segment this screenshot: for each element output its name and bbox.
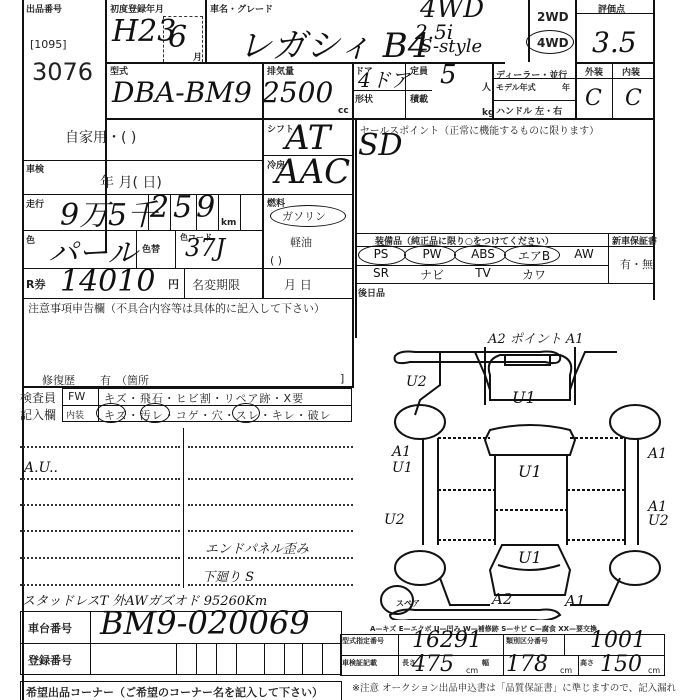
equipment-row2: SR ナビ TV カワ: [356, 265, 608, 282]
name-divider: [205, 0, 207, 62]
reg-div4: [236, 644, 237, 675]
width-value: 178: [506, 652, 548, 677]
name-change-label: 名変期限: [192, 276, 240, 293]
mile-box5: [240, 194, 241, 230]
notes-label: 注意事項申告欄（不具合内容等は具体的に記入して下さい）: [28, 300, 325, 316]
sales-left: [355, 118, 357, 338]
remarks-line-3l: [20, 504, 180, 506]
recycle-label: R券: [26, 276, 45, 292]
lot-number: 3076: [32, 58, 93, 86]
recycle-unit: 円: [168, 276, 179, 292]
lot-label: 出品番号: [26, 2, 62, 15]
score-divider: [575, 0, 577, 118]
circle-yogore: [140, 403, 170, 423]
color-code: 37J: [185, 234, 225, 262]
reg-div2: [196, 644, 197, 675]
chassis-label: 車台番号: [28, 620, 72, 636]
rear-left-wheel: [395, 551, 445, 585]
chassis-mid: [20, 643, 342, 644]
mile-box2: [170, 194, 171, 230]
reg-div1: [176, 644, 177, 675]
reg-label: 登録番号: [28, 652, 72, 668]
displacement-unit: cc: [338, 106, 349, 116]
mark-rear-bumper-right: A1: [565, 592, 585, 610]
load-label: 積載: [410, 92, 428, 105]
interior-insp-label: 内装: [66, 408, 84, 421]
color-label: 色: [26, 233, 35, 246]
color-divider2: [175, 230, 176, 268]
notes-right: [352, 298, 354, 388]
sales-point-value: SD: [358, 128, 403, 163]
front-left-wheel: [395, 405, 445, 439]
windshield-shape: [485, 425, 575, 455]
equip-bottom: [355, 283, 655, 284]
score-bottom-line: [575, 62, 655, 64]
length-value: 475: [412, 652, 454, 677]
circle-sure: [232, 403, 260, 423]
capacity-value: 5: [440, 60, 457, 90]
remarks-line-6l: [20, 584, 180, 586]
class-value: 1001: [590, 628, 646, 653]
grade-line3: S-style: [420, 36, 482, 57]
specs-right-divider: [352, 118, 354, 298]
height-value: 150: [600, 652, 642, 677]
equip-leather: カワ: [508, 266, 560, 282]
fw-items: キズ・飛石・ヒビ割・リペア跡・X要: [104, 390, 304, 406]
fw-label: FW: [68, 390, 85, 403]
usage-value: 自家用・( ): [65, 127, 136, 147]
fuel-gasoline: ガソリン: [282, 208, 326, 224]
reg-div3: [216, 644, 217, 675]
reg-div5: [264, 644, 265, 675]
damage-legend: A—キズ E—エクボ U—凹み W—補修跡 S—サビ C—腐食 XX—要交換: [370, 624, 597, 634]
inspector-label1: 検査員: [20, 389, 56, 406]
equip-empty: [560, 266, 608, 282]
inspection-label: 車検: [26, 162, 44, 175]
remarks-line-5l: [20, 557, 180, 559]
height-label: 高さ: [580, 658, 594, 668]
circle-ps: [358, 245, 406, 265]
recycle-amount: 14010: [60, 264, 155, 299]
repair-close: ]: [340, 372, 344, 385]
capacity-divider: [405, 62, 406, 118]
mileage-rest: 259: [150, 190, 219, 225]
mark-right-front-door: A1: [648, 446, 667, 462]
ext-int-divider: [612, 62, 613, 118]
equip-sr: SR: [356, 266, 406, 282]
mark-front-left: U2: [406, 374, 427, 390]
mile-box4: [218, 194, 219, 230]
fuel-diesel: 軽油: [290, 234, 312, 250]
specs-row-line: [105, 118, 655, 120]
remarks-line-5r: [188, 557, 353, 559]
circle-airbag: [504, 245, 560, 265]
interior-label: 内装: [622, 65, 640, 78]
circle-kizu: [96, 403, 126, 423]
chassis-value: BM9-020069: [100, 604, 310, 642]
fuel-other: ( ): [270, 254, 282, 267]
month-unit: 月: [193, 50, 202, 63]
remarks-line-1l: [20, 446, 180, 448]
warranty-value: 有・無: [620, 256, 653, 272]
chassis-div: [90, 611, 91, 675]
color-divider1: [136, 230, 137, 268]
interior-grade: C: [625, 86, 642, 111]
first-reg-year: H23: [112, 14, 176, 49]
spec-div1: [398, 634, 399, 676]
inspection-value: 年 月( 日): [100, 172, 162, 192]
corner-label: 希望出品コーナー（ご希望のコーナー名を記入して下さい）: [26, 684, 323, 700]
remarks-line-2r: [188, 478, 353, 480]
remarks-right-4: エンドパネル歪み: [205, 538, 309, 557]
name-change-value: 月 日: [284, 276, 312, 293]
capacity-label: 定員: [410, 64, 428, 77]
doors-value: 4ドア: [358, 64, 410, 93]
model-year-unit: 年: [562, 82, 570, 93]
reg-div8: [322, 644, 323, 675]
height-unit: cm: [648, 666, 660, 675]
width-label: 幅: [482, 658, 489, 668]
reg-div6: [284, 644, 285, 675]
mark-left-rear: U2: [384, 512, 405, 528]
notice-text: ※注意 オークション出品申込書は「品質保証書」に準じますので、記入漏れ: [352, 680, 676, 694]
shape-label: 形状: [355, 92, 373, 105]
mileage-label: 走行: [26, 197, 44, 210]
equip-navi: ナビ: [406, 266, 458, 282]
door-shape-line: [352, 90, 432, 91]
spec-div3: [578, 655, 579, 676]
mark-rear-bumper-left: A2: [492, 590, 512, 608]
car-name: レガシィ B4: [238, 18, 429, 67]
size-label: 車検証記載: [342, 658, 377, 668]
rear-right-wheel: [610, 551, 660, 585]
inspector-label2: 記入欄: [20, 406, 56, 423]
displacement: 2500: [262, 76, 333, 109]
ac-value: AAC: [275, 152, 350, 192]
right-border: [653, 0, 655, 300]
spare-label: スペア: [396, 598, 420, 609]
mark-left-front-door2: U1: [392, 460, 413, 476]
remarks-line-2l: [20, 478, 180, 480]
drive-selected-circle: [526, 30, 574, 54]
class-label: 類別区分番号: [506, 636, 548, 646]
model-year-label: モデル年式: [496, 82, 536, 93]
width-unit: cm: [560, 666, 572, 675]
diagram-front-bumper-mark: A2 ポイント A1: [488, 328, 584, 347]
handle-line: [492, 100, 575, 101]
capacity-unit: 人: [482, 80, 491, 93]
interior-items: キズ・汚レ・コゲ・穴・スレ・キレ・破レ: [104, 407, 332, 423]
mileage-unit: km: [221, 218, 236, 228]
remarks-right-5: 下廻り S: [202, 566, 254, 585]
equip-aw: AW: [560, 247, 608, 264]
ac-line: [262, 194, 352, 195]
score-label-line: [575, 13, 655, 14]
ext-int-line: [575, 78, 655, 79]
mile-box1: [148, 194, 149, 230]
specs-mid-divider: [262, 118, 264, 298]
length-unit: cm: [466, 666, 478, 675]
exterior-label: 外装: [585, 65, 603, 78]
drive-divider: [528, 0, 530, 62]
remarks-line-4l: [20, 530, 180, 532]
type-label: 型式指定番号: [342, 636, 384, 646]
remarks-left-1: A.U..: [24, 460, 58, 476]
mark-left-front-door: A1: [392, 444, 411, 460]
remarks-divider: [183, 428, 184, 588]
drive-2wd: 2WD: [537, 10, 569, 24]
circle-pw: [404, 245, 456, 265]
equip-tv: TV: [458, 266, 508, 282]
mark-right-rear: A1 U2: [648, 500, 678, 528]
remarks-line-3r: [188, 504, 353, 506]
spec-div2: [503, 634, 504, 676]
color-change-label: 色替: [142, 242, 160, 255]
dealer-line: [492, 78, 575, 79]
first-reg-month: 6: [168, 20, 187, 55]
remarks-line-4r: [188, 530, 353, 532]
aftermarket-label: 後日品: [358, 286, 385, 299]
score-value: 3.5: [592, 26, 637, 59]
recycle-line: [22, 298, 352, 299]
dealer-label: ディーラー・並行: [496, 68, 567, 81]
mile-box3: [196, 194, 197, 230]
handle-label: ハンドル 左・右: [496, 104, 562, 117]
car-name-label: 車名・グレード: [210, 2, 273, 15]
exterior-grade: C: [585, 86, 602, 111]
mark-trunk: U1: [518, 548, 542, 567]
dealer-divider: [492, 62, 494, 118]
recycle-divider: [184, 268, 185, 298]
remarks-line-1r: [188, 446, 353, 448]
circle-abs: [454, 245, 506, 265]
warranty-divider: [608, 233, 609, 283]
spec-div4: [564, 634, 565, 655]
front-right-wheel: [610, 405, 660, 439]
reg-div7: [302, 644, 303, 675]
usage-line: [22, 160, 262, 161]
rear-bumper-shape: [390, 610, 560, 620]
model-code: DBA-BM9: [112, 76, 252, 109]
mark-hood: U1: [512, 388, 536, 407]
type-value: 16291: [412, 628, 482, 653]
mark-roof: U1: [518, 462, 542, 481]
lot-ref: [1095]: [30, 38, 67, 51]
